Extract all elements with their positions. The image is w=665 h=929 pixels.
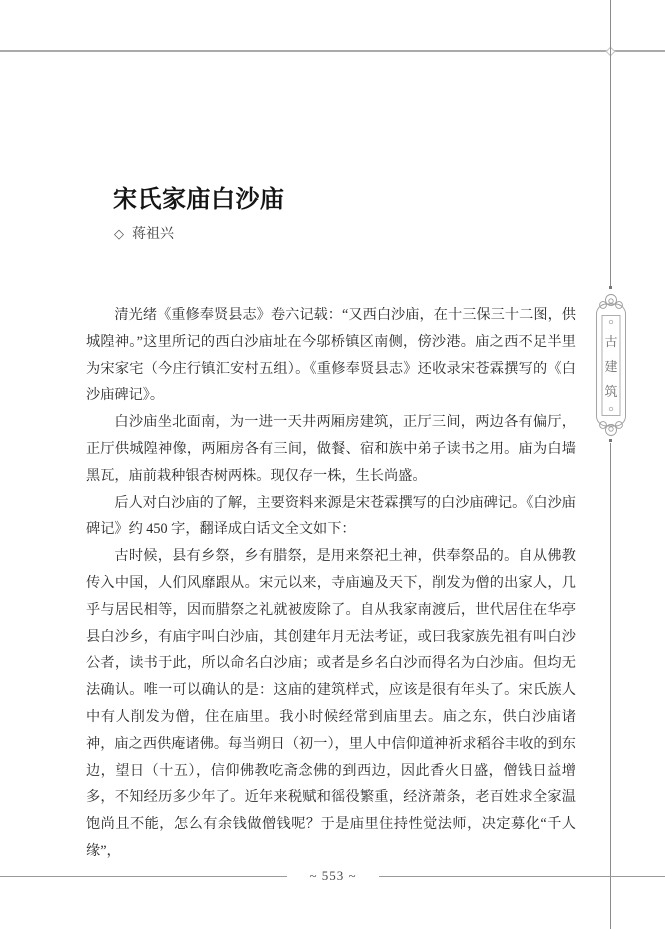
diamond-icon: ◇ [114,226,124,241]
paragraph: 清光绪《重修奉贤县志》卷六记载：“又西白沙庙，在十三保三十二图，供城隍神。”这里… [86,302,576,409]
byline: ◇蒋祖兴 [114,223,174,243]
paragraph: 后人对白沙庙的了解，主要资料来源是宋苍霖撰写的白沙庙碑记。《白沙庙碑记》约 45… [86,490,576,544]
paragraph: 白沙庙坐北面南，为一进一天井两厢房建筑，正厅三间，两边各有偏厅，正厅供城隍神像，… [86,409,576,489]
book-page: 宋氏家庙白沙庙 ◇蒋祖兴 清光绪《重修奉贤县志》卷六记载：“又西白沙庙，在十三保… [0,0,665,929]
article-title: 宋氏家庙白沙庙 [113,187,285,213]
right-vertical-rule-upper [610,0,611,286]
cartouche-char: 古 [604,334,617,349]
section-cartouche-ornament: 古 建 筑 [594,292,628,439]
cartouche-char: 建 [604,359,617,374]
author-name: 蒋祖兴 [132,227,174,242]
cartouche-char: 筑 [604,384,617,399]
rule-end-dot-lower [609,439,612,442]
right-vertical-rule-lower [610,443,611,929]
rule-end-dot-upper [609,286,612,289]
article-body: 清光绪《重修奉贤县志》卷六记载：“又西白沙庙，在十三保三十二图，供城隍神。”这里… [86,302,576,865]
footer-rule-left [0,876,287,877]
top-horizontal-rule [0,50,665,52]
page-number: ~ 553 ~ [287,868,379,884]
paragraph: 古时候，县有乡祭，乡有腊祭，是用来祭祀土神，供奉祭品的。自从佛教传入中国，人们风… [86,543,576,865]
footer-rule-right [379,876,665,877]
